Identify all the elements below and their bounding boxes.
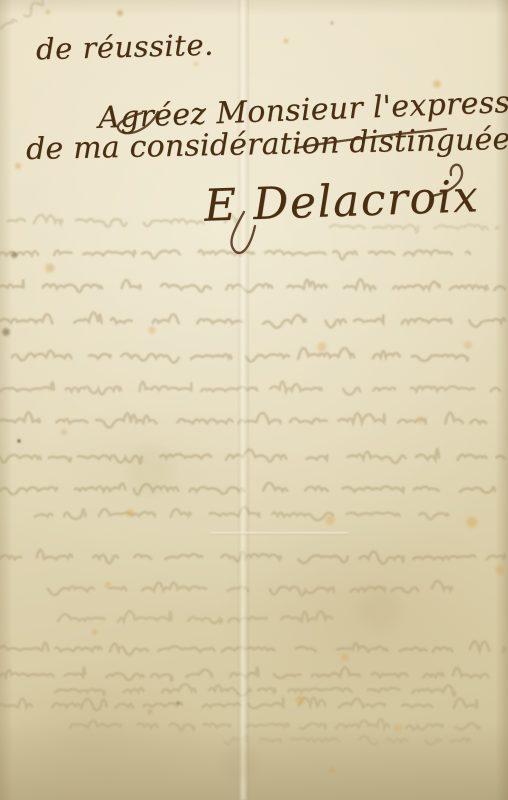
- t-bar-cross-stroke: [296, 129, 446, 148]
- letter-scan-page: de réussite. Agréez Monsieur l'expressio…: [0, 0, 508, 800]
- signature-end-flourish: [432, 165, 462, 196]
- ink-flourishes: [0, 0, 508, 800]
- agreez-tail-flourish: [118, 112, 158, 133]
- signature-descender-flourish: [231, 212, 255, 253]
